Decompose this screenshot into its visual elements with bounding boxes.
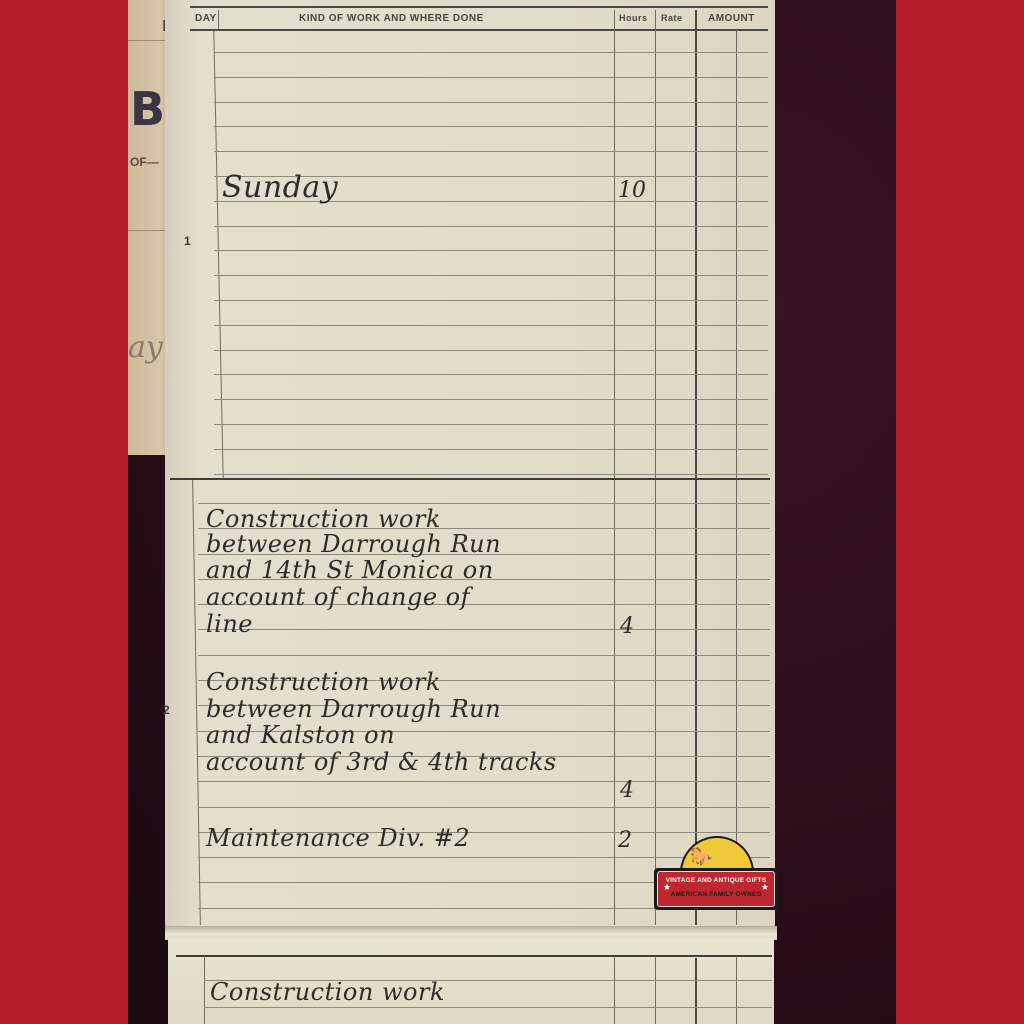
column-header-hours: Hours [619, 13, 648, 23]
ledger-row-line [214, 52, 768, 53]
work-entry-line: account of change of [206, 583, 470, 611]
next-page-cents-divider [736, 956, 737, 1024]
next-page-amount-divider [695, 958, 697, 1024]
work-entry-line: and Kalston on [206, 721, 395, 749]
back-sheet-of-label: OF— [130, 155, 159, 169]
day-separator [170, 478, 770, 480]
work-entry-line: between Darrough Run [206, 695, 501, 723]
hours-value: 4 [620, 778, 634, 803]
work-entry-line: between Darrough Run [206, 530, 501, 558]
left-red-border [0, 0, 128, 1024]
back-sheet-letter-b: B [130, 82, 165, 136]
badge-line-1: VINTAGE AND ANTIQUE GIFTS [658, 877, 774, 884]
work-entry-line: Construction work [206, 668, 441, 696]
work-entry-line: and 14th St Monica on [206, 556, 494, 584]
ledger-row-line [214, 374, 768, 375]
column-header-rate: Rate [661, 13, 683, 23]
next-page-day-divider [204, 956, 205, 1024]
ledger-row-line [214, 77, 768, 78]
ledger-row-line [214, 424, 768, 425]
ledger-row-line [214, 102, 768, 103]
header-divider [218, 10, 219, 29]
ledger-row-line [198, 629, 770, 630]
work-entry-line: line [206, 610, 253, 638]
ledger-page [165, 0, 775, 930]
ledger-row-line [198, 807, 770, 808]
work-entry-line: Construction work [206, 505, 441, 533]
ledger-row-line [214, 250, 768, 251]
day-number: 1 [184, 234, 191, 248]
store-logo-badge: 🐎 ★ VINTAGE AND ANTIQUE GIFTS AMERICAN F… [652, 836, 780, 912]
back-sheet-script: ay [128, 330, 163, 365]
horse-carriage-icon: 🐎 [690, 846, 712, 867]
next-page-hours-divider [614, 956, 615, 1024]
star-icon: ★ [761, 882, 769, 893]
hours-value: 10 [618, 178, 646, 203]
column-header-day: DAY [195, 13, 217, 24]
ledger-row-line [214, 399, 768, 400]
hours-value: 2 [618, 828, 632, 853]
ledger-row-line [214, 275, 768, 276]
next-page-rate-divider [655, 956, 656, 1024]
badge-plate: ★ VINTAGE AND ANTIQUE GIFTS AMERICAN FAM… [654, 868, 778, 910]
right-red-border [896, 0, 1024, 1024]
next-page-row-line [204, 1007, 772, 1008]
ledger-row-line [214, 151, 768, 152]
work-entry-maintenance: Maintenance Div. #2 [206, 824, 470, 852]
ledger-row-line [214, 350, 768, 351]
work-entry-line: account of 3rd & 4th tracks [206, 748, 557, 776]
ledger-row-line [214, 126, 768, 127]
day-number: 2 [163, 703, 170, 717]
header-bottom-rule [190, 29, 768, 31]
ledger-row-line [198, 655, 770, 656]
ledger-header: DAY KIND OF WORK AND WHERE DONE Hours Ra… [193, 10, 766, 29]
hours-column-divider [614, 10, 615, 925]
ledger-row-line [214, 474, 768, 475]
work-entry-sunday: Sunday [222, 170, 338, 205]
ledger-row-line [214, 226, 768, 227]
ledger-row-line [214, 300, 768, 301]
ledger-row-line [214, 325, 768, 326]
badge-line-2: AMERICAN FAMILY OWNED [658, 891, 774, 898]
hours-value: 4 [620, 614, 634, 639]
header-top-rule [190, 6, 768, 8]
ledger-row-line [198, 781, 770, 782]
ledger-row-line [214, 449, 768, 450]
work-entry-line: Construction work [210, 978, 445, 1006]
column-header-amount: AMOUNT [708, 13, 755, 24]
amount-column-divider [695, 10, 697, 925]
next-page-header-rule [176, 955, 772, 957]
rate-column-divider [655, 10, 656, 925]
ledger-row-line [198, 503, 770, 504]
column-header-work: KIND OF WORK AND WHERE DONE [299, 13, 484, 24]
